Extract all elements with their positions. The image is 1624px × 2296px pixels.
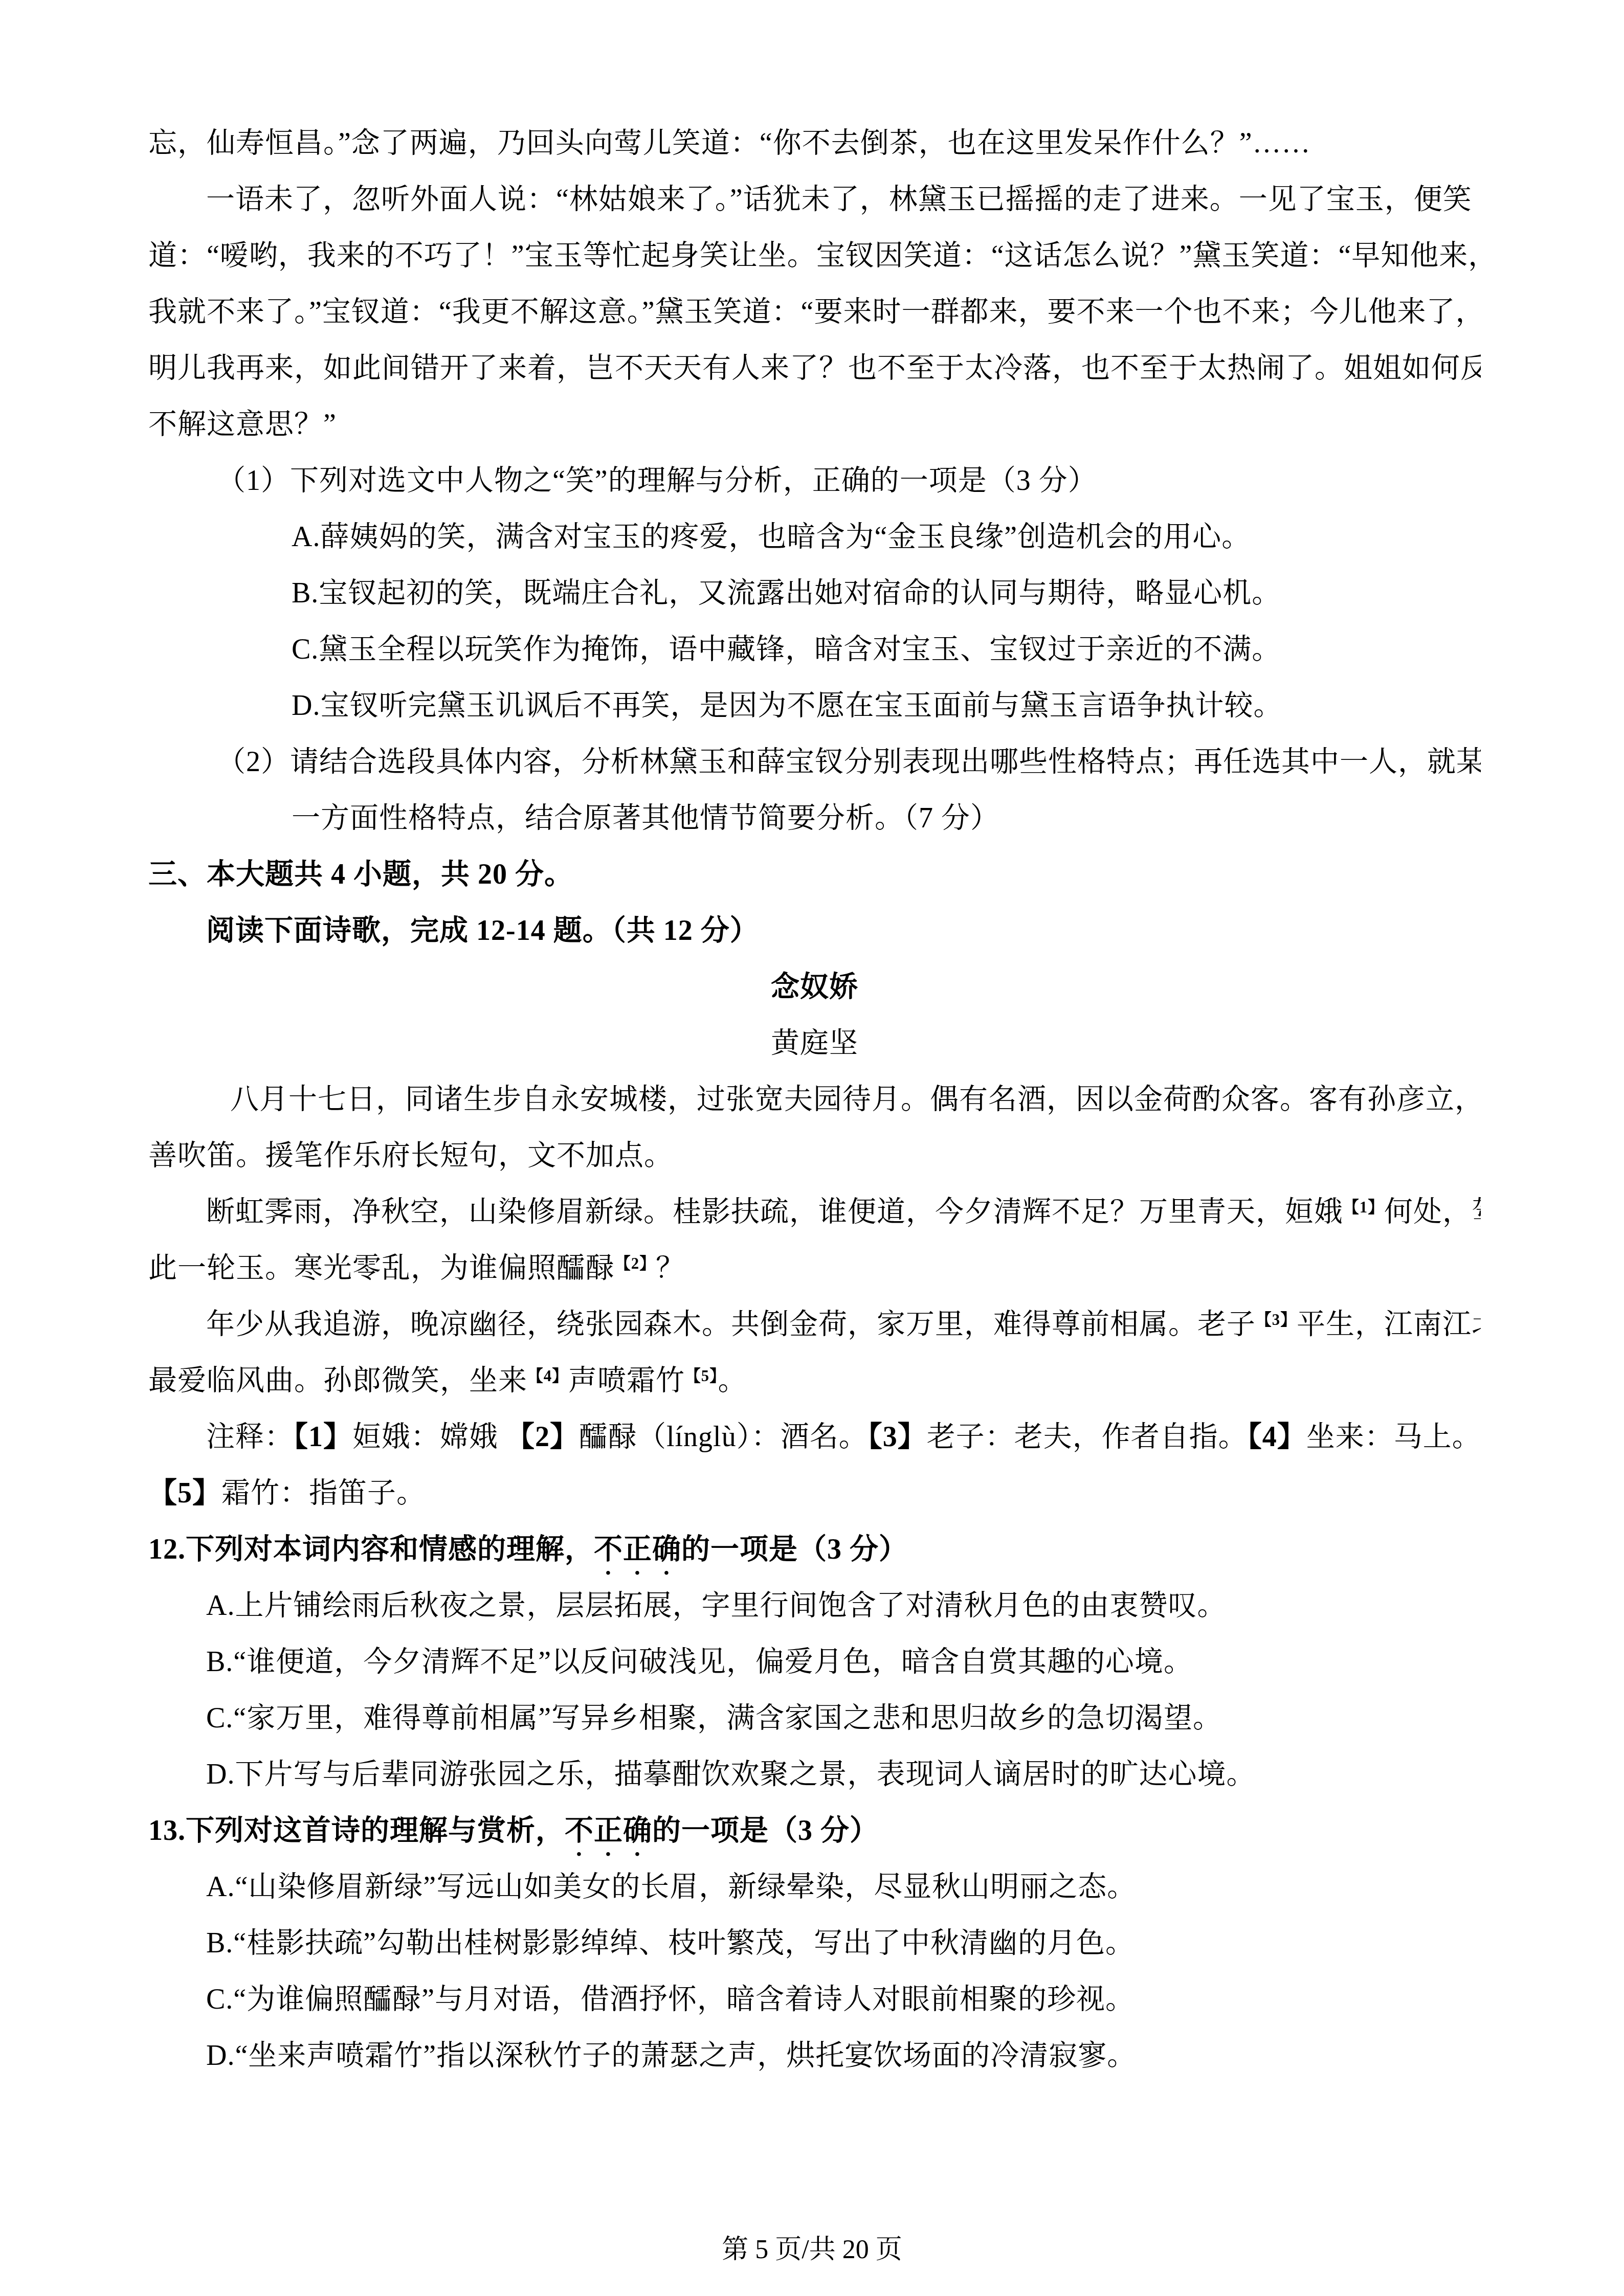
text-run: C.“家万里，难得尊前相属”写异乡相聚，满含家国之悲和思归故乡的急切渴望。 [206, 1702, 1222, 1734]
text-run: 醽醁（línglù）：酒名。 [579, 1421, 868, 1453]
text-run: 年少从我追游，晚凉幽径，绕张园森木。共倒金荷，家万里，难得尊前相属。老子 [206, 1309, 1256, 1340]
text-run: 平生，江南江北， [1297, 1309, 1481, 1340]
question-12-stem: 12.下列对本词内容和情感的理解，不正确的一项是（3 分） [148, 1521, 1481, 1578]
text-run: D.宝钗听完黛玉讥讽后不再笑，是因为不愿在宝玉面前与黛玉言语争执计较。 [292, 690, 1282, 722]
text-run: B.“谁便道，今夕清辉不足”以反问破浅见，偏爱月色，暗含自赏其趣的心境。 [206, 1646, 1193, 1678]
novel-passage-line: 我就不来了。”宝钗道：“我更不解这意。”黛玉笑道：“要来时一群都来，要不来一个也… [148, 284, 1481, 340]
text-run: 不正确 [565, 1815, 652, 1847]
poem-lower-stanza-line: 年少从我追游，晚凉幽径，绕张园森木。共倒金荷，家万里，难得尊前相属。老子【3】平… [148, 1296, 1481, 1353]
text-run: 此一轮玉。寒光零乱，为谁偏照醽醁 [148, 1252, 615, 1284]
text-run: B.“桂影扶疏”勾勒出桂树影影绰绰、枝叶繁茂，写出了中秋清幽的月色。 [206, 1927, 1134, 1959]
page-number: 第 5 页/共 20 页 [722, 2235, 902, 2264]
note-marker: 【4】 [527, 1367, 568, 1385]
text-run: 三、本大题共 4 小题，共 20 分。 [148, 859, 573, 890]
text-run: 一方面性格特点，结合原著其他情节简要分析。（7 分） [292, 802, 999, 834]
document-body: 忘，仙寿恒昌。”念了两遍，乃回头向莺儿笑道：“你不去倒茶，也在这里发呆作什么？”… [148, 115, 1481, 2084]
text-run: 黄庭坚 [771, 1027, 858, 1059]
note-marker: 【3】 [1256, 1311, 1297, 1329]
note-marker: 【2】 [615, 1255, 656, 1272]
text-run: 最爱临风曲。孙郎微笑，坐来 [148, 1365, 527, 1397]
sub-question-1-option-d: D.宝钗听完黛玉讥讽后不再笑，是因为不愿在宝玉面前与黛玉言语争执计较。 [148, 678, 1481, 734]
poem-preface-line: 善吹笛。援笔作乐府长短句，文不加点。 [148, 1128, 1481, 1184]
sub-question-1-option-c: C.黛玉全程以玩笑作为掩饰，语中藏锋，暗含对宝玉、宝钗过于亲近的不满。 [148, 621, 1481, 678]
text-run: 12.下列对本词内容和情感的理解， [148, 1534, 594, 1565]
reading-instruction: 阅读下面诗歌，完成 12-14 题。（共 12 分） [148, 903, 1481, 959]
question-13-option-d: D.“坐来声喷霜竹”指以深秋竹子的萧瑟之声，烘托宴饮场面的冷清寂寥。 [148, 2028, 1481, 2084]
text-run: 道：“嗳哟，我来的不巧了！”宝玉等忙起身笑让坐。宝钗因笑道：“这话怎么说？”黛玉… [148, 240, 1481, 272]
note-marker: 【5】 [685, 1367, 718, 1385]
sub-question-2-stem: （2）请结合选段具体内容，分析林黛玉和薛宝钗分别表现出哪些性格特点；再任选其中一… [148, 734, 1481, 790]
text-run: D.“坐来声喷霜竹”指以深秋竹子的萧瑟之声，烘托宴饮场面的冷清寂寥。 [206, 2040, 1136, 2072]
text-run: 不解这意思？” [148, 409, 337, 440]
text-run: 霜竹：指笛子。 [221, 1477, 426, 1509]
sub-question-1-option-b: B.宝钗起初的笑，既端庄合礼，又流露出她对宿命的认同与期待，略显心机。 [148, 565, 1481, 621]
text-run: 不正确 [594, 1534, 681, 1565]
text-run: 我就不来了。”宝钗道：“我更不解这意。”黛玉笑道：“要来时一群都来，要不来一个也… [148, 296, 1481, 328]
question-13-option-a: A.“山染修眉新绿”写远山如美女的长眉，新绿晕染，尽显秋山明丽之态。 [148, 1859, 1481, 1915]
sub-question-1-stem: （1）下列对选文中人物之“笑”的理解与分析，正确的一项是（3 分） [148, 453, 1481, 509]
exam-page: 忘，仙寿恒昌。”念了两遍，乃回头向莺儿笑道：“你不去倒茶，也在这里发呆作什么？”… [0, 0, 1624, 2296]
text-run: C.“为谁偏照醽醁”与月对语，借酒抒怀，暗含着诗人对眼前相聚的珍视。 [206, 1984, 1134, 2015]
novel-passage-line: 道：“嗳哟，我来的不巧了！”宝玉等忙起身笑让坐。宝钗因笑道：“这话怎么说？”黛玉… [148, 228, 1481, 284]
text-run: 的一项是（3 分） [652, 1815, 879, 1847]
text-run: 。 [718, 1365, 747, 1397]
text-run: 阅读下面诗歌，完成 12-14 题。（共 12 分） [206, 915, 759, 947]
text-run: 13.下列对这首诗的理解与赏析， [148, 1815, 565, 1847]
text-run: 一语未了，忽听外面人说：“林姑娘来了。”话犹未了，林黛玉已摇摇的走了进来。一见了… [206, 184, 1472, 215]
poem-lower-stanza-line: 最爱临风曲。孙郎微笑，坐来【4】声喷霜竹【5】。 [148, 1353, 1481, 1409]
sub-question-2-stem-continued: 一方面性格特点，结合原著其他情节简要分析。（7 分） [148, 790, 1481, 846]
text-run: 八月十七日，同诸生步自永安城楼，过张宽夫园待月。偶有名酒，因以金荷酌众客。客有孙… [230, 1084, 1481, 1115]
text-run: 断虹霁雨，净秋空，山染修眉新绿。桂影扶疏，谁便道，今夕清辉不足？万里青天，姮娥 [206, 1196, 1343, 1228]
poem-preface-line: 八月十七日，同诸生步自永安城楼，过张宽夫园待月。偶有名酒，因以金荷酌众客。客有孙… [148, 1071, 1481, 1128]
poem-notes-line: 注释：【1】姮娥：嫦娥 【2】醽醁（línglù）：酒名。【3】老子：老夫，作者… [148, 1409, 1481, 1465]
text-run: 老子：老夫，作者自指。 [927, 1421, 1248, 1453]
text-run: 念奴娇 [771, 971, 858, 1003]
text-run: 【2】 [506, 1421, 579, 1453]
question-13-option-c: C.“为谁偏照醽醁”与月对语，借酒抒怀，暗含着诗人对眼前相聚的珍视。 [148, 1971, 1481, 2028]
question-12-option-c: C.“家万里，难得尊前相属”写异乡相聚，满含家国之悲和思归故乡的急切渴望。 [148, 1690, 1481, 1746]
text-run: （1）下列对选文中人物之“笑”的理解与分析，正确的一项是（3 分） [217, 465, 1097, 497]
poem-upper-stanza-line: 此一轮玉。寒光零乱，为谁偏照醽醁【2】？ [148, 1240, 1481, 1296]
text-run: ？ [656, 1252, 685, 1284]
question-13-stem: 13.下列对这首诗的理解与赏析，不正确的一项是（3 分） [148, 1803, 1481, 1859]
sub-question-1-option-a: A.薛姨妈的笑，满含对宝玉的疼爱，也暗含为“金玉良缘”创造机会的用心。 [148, 509, 1481, 565]
text-run: A.薛姨妈的笑，满含对宝玉的疼爱，也暗含为“金玉良缘”创造机会的用心。 [292, 521, 1251, 553]
text-run: 善吹笛。援笔作乐府长短句，文不加点。 [148, 1140, 673, 1172]
text-run: 【4】 [1248, 1421, 1306, 1453]
text-run: 【3】 [868, 1421, 927, 1453]
novel-passage-line: 不解这意思？” [148, 396, 1481, 453]
question-12-option-a: A.上片铺绘雨后秋夜之景，层层拓展，字里行间饱含了对清秋月色的由衷赞叹。 [148, 1578, 1481, 1634]
novel-passage-line: 明儿我再来，如此间错开了来着，岂不天天有人来了？也不至于太冷落，也不至于太热闹了… [148, 340, 1481, 396]
note-marker: 【1】 [1343, 1199, 1384, 1216]
novel-passage-line: 一语未了，忽听外面人说：“林姑娘来了。”话犹未了，林黛玉已摇摇的走了进来。一见了… [148, 171, 1481, 228]
text-run: 【1】 [294, 1421, 352, 1453]
poem-title: 念奴娇 [148, 959, 1481, 1015]
text-run: 注释： [206, 1421, 294, 1453]
text-run: D.下片写与后辈同游张园之乐，描摹酣饮欢聚之景，表现词人谪居时的旷达心境。 [206, 1759, 1255, 1790]
text-run: 坐来：马上。 [1306, 1421, 1481, 1453]
text-run: B.宝钗起初的笑，既端庄合礼，又流露出她对宿命的认同与期待，略显心机。 [292, 577, 1281, 609]
text-run: 【5】 [148, 1477, 221, 1509]
text-run: 明儿我再来，如此间错开了来着，岂不天天有人来了？也不至于太冷落，也不至于太热闹了… [148, 352, 1481, 384]
text-run: （2）请结合选段具体内容，分析林黛玉和薛宝钗分别表现出哪些性格特点；再任选其中一… [217, 746, 1481, 778]
poem-notes-line: 【5】霜竹：指笛子。 [148, 1465, 1481, 1521]
section-3-heading: 三、本大题共 4 小题，共 20 分。 [148, 846, 1481, 903]
poem-upper-stanza-line: 断虹霁雨，净秋空，山染修眉新绿。桂影扶疏，谁便道，今夕清辉不足？万里青天，姮娥【… [148, 1184, 1481, 1240]
text-run: 姮娥：嫦娥 [352, 1421, 506, 1453]
poem-author: 黄庭坚 [148, 1015, 1481, 1071]
question-12-option-b: B.“谁便道，今夕清辉不足”以反问破浅见，偏爱月色，暗含自赏其趣的心境。 [148, 1634, 1481, 1690]
text-run: 忘，仙寿恒昌。”念了两遍，乃回头向莺儿笑道：“你不去倒茶，也在这里发呆作什么？”… [148, 127, 1311, 159]
text-run: C.黛玉全程以玩笑作为掩饰，语中藏锋，暗含对宝玉、宝钗过于亲近的不满。 [292, 634, 1281, 665]
question-13-option-b: B.“桂影扶疏”勾勒出桂树影影绰绰、枝叶繁茂，写出了中秋清幽的月色。 [148, 1915, 1481, 1971]
novel-passage-line: 忘，仙寿恒昌。”念了两遍，乃回头向莺儿笑道：“你不去倒茶，也在这里发呆作什么？”… [148, 115, 1481, 171]
text-run: A.上片铺绘雨后秋夜之景，层层拓展，字里行间饱含了对清秋月色的由衷赞叹。 [206, 1590, 1226, 1622]
text-run: 的一项是（3 分） [681, 1534, 908, 1565]
text-run: A.“山染修眉新绿”写远山如美女的长眉，新绿晕染，尽显秋山明丽之态。 [206, 1871, 1136, 1903]
text-run: 何处，驾 [1384, 1196, 1481, 1228]
question-12-option-d: D.下片写与后辈同游张园之乐，描摹酣饮欢聚之景，表现词人谪居时的旷达心境。 [148, 1746, 1481, 1803]
text-run: 声喷霜竹 [568, 1365, 685, 1397]
page-footer: 第 5 页/共 20 页 [0, 2222, 1624, 2278]
